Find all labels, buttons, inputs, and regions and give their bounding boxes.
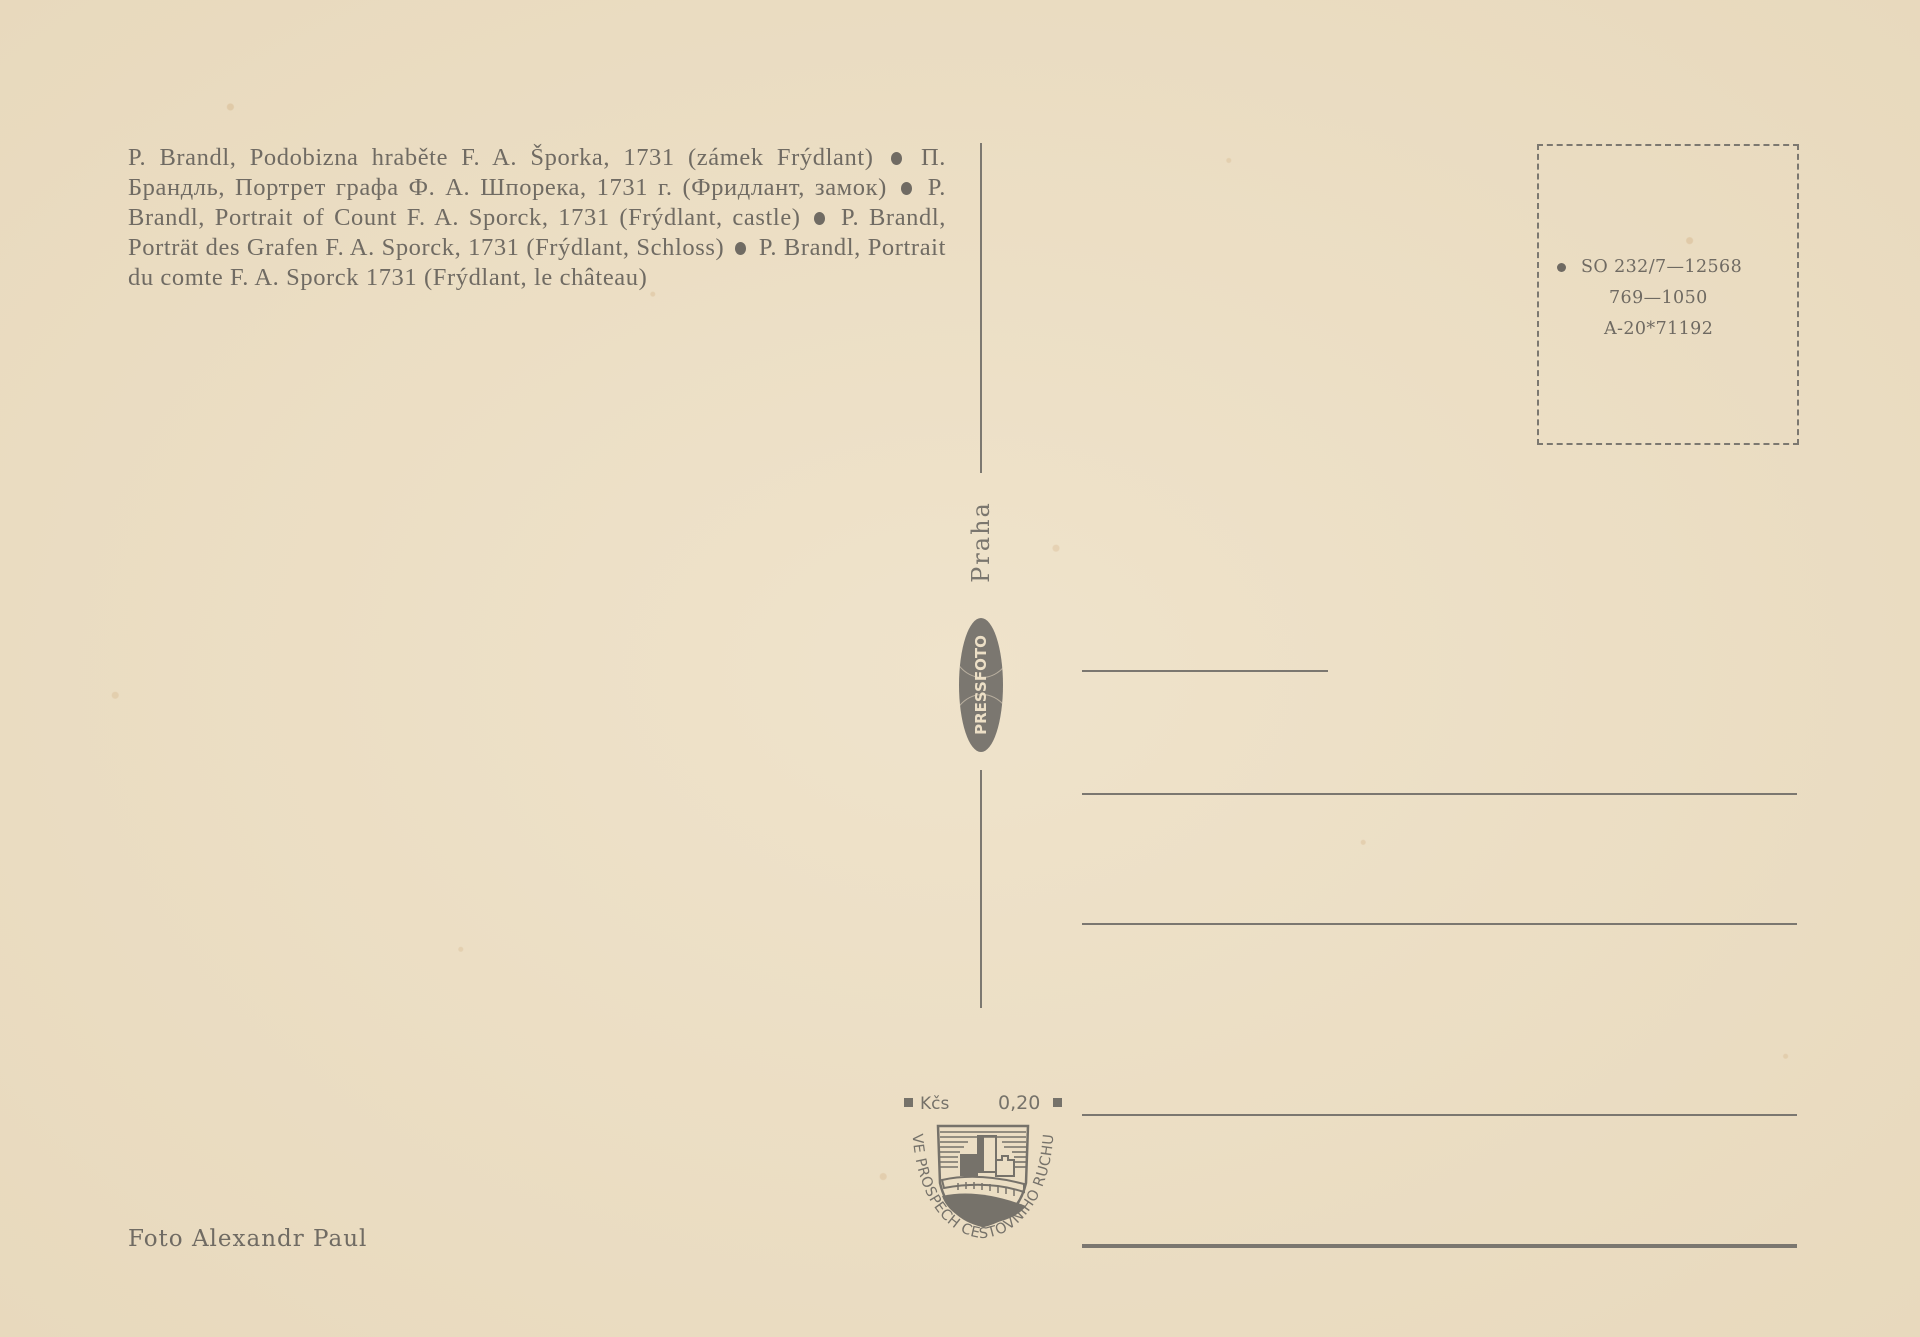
- stamp-box-line-1: SO 232/7—12568: [1557, 257, 1742, 277]
- address-line-1: [1082, 670, 1328, 672]
- caption-czech: P. Brandl, Podobizna hraběte F. A. Špork…: [128, 144, 873, 171]
- photo-credit: Foto Alexandr Paul: [128, 1226, 367, 1252]
- stamp-box-line-2: 769—1050: [1609, 288, 1708, 308]
- bullet-icon: [1557, 263, 1566, 272]
- publisher-logo-text: PRESSFOTO: [972, 635, 990, 735]
- stamp-box-line-3: A-20*71192: [1604, 319, 1713, 339]
- bullet-icon: [735, 242, 746, 255]
- address-line-4: [1082, 1114, 1797, 1116]
- bullet-icon: [891, 152, 902, 165]
- caption-text: P. Brandl, Podobizna hraběte F. A. Špork…: [128, 143, 946, 293]
- stamp-currency: Kčs: [920, 1094, 949, 1114]
- center-divider-bottom: [980, 770, 982, 1008]
- address-line-2: [1082, 793, 1797, 795]
- bullet-icon: [814, 212, 825, 225]
- printed-postage-stamp: Kčs 0,20 VE PROSPĚCH: [898, 1088, 1068, 1248]
- center-divider-top: [980, 143, 982, 473]
- publisher-city: Praha: [967, 501, 995, 583]
- stamp-value: 0,20: [998, 1092, 1040, 1114]
- catalog-code: SO 232/7—12568: [1581, 257, 1742, 277]
- castle-shield-icon: Kčs 0,20 VE PROSPĚCH: [898, 1088, 1068, 1248]
- address-line-5: [1082, 1244, 1797, 1248]
- bullet-icon: [901, 182, 912, 195]
- address-line-3: [1082, 923, 1797, 925]
- pressfoto-logo-icon: PRESSFOTO: [959, 618, 1003, 752]
